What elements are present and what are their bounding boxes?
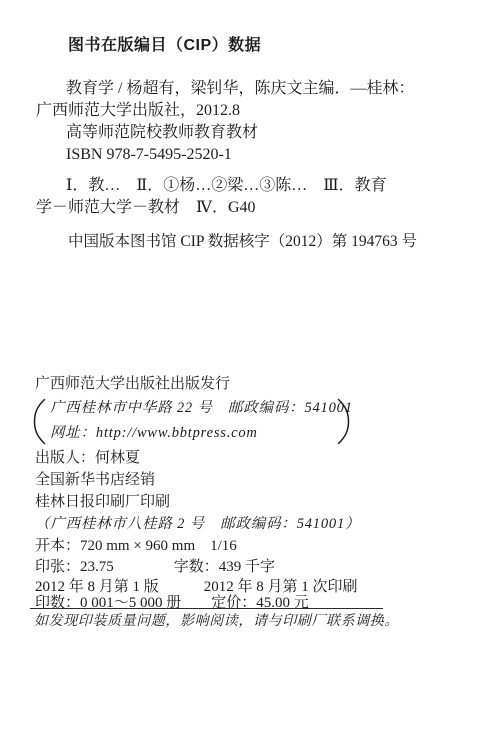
publisher-website-line: 网址：http://www.bbtpress.com (50, 421, 353, 446)
big-open-paren-icon (33, 398, 46, 445)
cip-entry-line: 教育学 / 杨超有，梁钊华，陈庆文主编．—桂林： (36, 78, 466, 100)
distribution-line: 全国新华书店经销 (35, 471, 155, 490)
big-close-paren-icon (337, 398, 350, 445)
cip-heading: 图书在版编目（CIP）数据 (68, 36, 261, 56)
sheets-wordcount-line: 印张：23.75 字数：439 千字 (35, 558, 275, 577)
isbn-line: ISBN 978-7-5495-2520-1 (36, 144, 466, 166)
publisher-distribution-line: 广西师范大学出版社出版发行 (35, 375, 230, 394)
cip-classification-line: 学－师范大学－教材 Ⅳ．G40 (36, 197, 466, 219)
publisher-address-lines: 广西桂林市中华路 22 号 邮政编码：541001 网址：http://www.… (50, 396, 353, 446)
printer-address-line: （广西桂林市八桂路 2 号 邮政编码：541001） (35, 515, 360, 534)
cip-entry-line: 广西师范大学出版社，2012.8 (36, 100, 466, 122)
divider-rule (30, 608, 383, 609)
printrun-price-line: 印数：0 001～5 000 册 定价：45.00 元 (35, 594, 309, 613)
publisher-address-line: 广西桂林市中华路 22 号 邮政编码：541001 (50, 396, 353, 421)
quality-note: 如发现印装质量问题，影响阅读，请与印刷厂联系调换。 (34, 613, 399, 631)
cip-entry-block: 教育学 / 杨超有，梁钊华，陈庆文主编．—桂林： 广西师范大学出版社，2012.… (36, 78, 466, 166)
cip-record-number: 中国版本图书馆 CIP 数据核字（2012）第 194763 号 (68, 231, 417, 252)
cip-classification-line: Ⅰ．教… Ⅱ．①杨…②梁…③陈… Ⅲ．教育 (36, 175, 466, 197)
printer-line: 桂林日报印刷厂印刷 (35, 493, 170, 512)
series-title-line: 高等师范院校教师教育教材 (36, 122, 466, 144)
copyright-page: 图书在版编目（CIP）数据 教育学 / 杨超有，梁钊华，陈庆文主编．—桂林： 广… (0, 0, 500, 729)
publisher-person-line: 出版人：何林夏 (35, 449, 140, 468)
format-line: 开本：720 mm × 960 mm 1/16 (35, 537, 237, 556)
cip-classification-block: Ⅰ．教… Ⅱ．①杨…②梁…③陈… Ⅲ．教育 学－师范大学－教材 Ⅳ．G40 (36, 175, 466, 219)
